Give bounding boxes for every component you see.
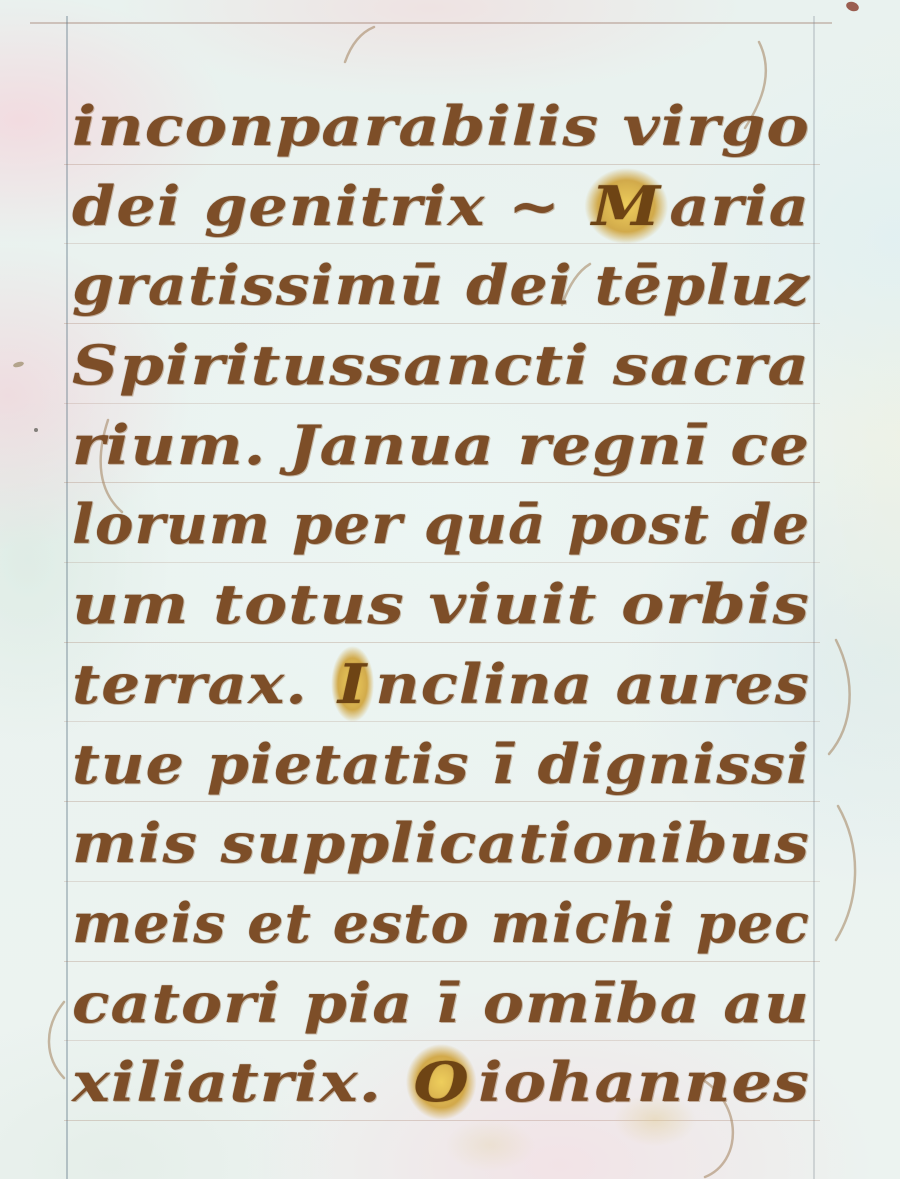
manuscript-line-text: rium. Janua regnī ce <box>72 407 810 483</box>
manuscript-line-text: Spiritussancti sacra <box>72 327 810 403</box>
ink-text: iohannes <box>478 1050 810 1114</box>
manuscript-line: inconparabilis virgo <box>72 88 842 168</box>
ink-text: rium. Janua regnī ce <box>72 413 810 477</box>
manuscript-line-text: xiliatrix. Oiohannes <box>72 1044 810 1120</box>
manuscript-line: meis et esto michi pec <box>72 885 842 965</box>
manuscript-line-text: tue pietatis ī dignissi <box>72 726 810 802</box>
manuscript-line: lorum per quā post de <box>72 486 842 566</box>
illuminated-initial: M <box>585 168 668 244</box>
illuminated-initial: I <box>331 646 374 722</box>
manuscript-line: rium. Janua regnī ce <box>72 407 842 487</box>
manuscript-line: dei genitrix ~ Maria <box>72 168 842 248</box>
manuscript-line-text: mis supplicationibus <box>72 805 810 881</box>
manuscript-line: terrax. Inclina aures <box>72 646 842 726</box>
manuscript-line: catori pia ī omība au <box>72 965 842 1045</box>
manuscript-line: tue pietatis ī dignissi <box>72 726 842 806</box>
ink-text: lorum per quā post de <box>72 492 810 556</box>
manuscript-line: gratissimū dei tēpluz <box>72 247 842 327</box>
ink-text: aria <box>669 174 810 238</box>
ink-text: Spiritussancti sacra <box>72 333 810 397</box>
manuscript-line: mis supplicationibus <box>72 805 842 885</box>
text-block: inconparabilis virgodei genitrix ~ Maria… <box>72 88 842 1124</box>
ink-text: inconparabilis virgo <box>72 94 810 158</box>
ink-text: catori pia ī omība au <box>72 971 810 1035</box>
manuscript-line-text: um totus viuit orbis <box>72 566 810 642</box>
ink-text: tue pietatis ī dignissi <box>72 732 810 796</box>
manuscript-line: xiliatrix. Oiohannes <box>72 1044 842 1124</box>
ink-text: meis et esto michi pec <box>72 891 810 955</box>
ink-text: um totus viuit orbis <box>72 572 810 636</box>
ink-text: mis supplicationibus <box>72 811 810 875</box>
manuscript-line: Spiritussancti sacra <box>72 327 842 407</box>
ink-text: nclina aures <box>375 652 810 716</box>
manuscript-line: um totus viuit orbis <box>72 566 842 646</box>
manuscript-line-text: dei genitrix ~ Maria <box>72 168 810 244</box>
manuscript-line-text: catori pia ī omība au <box>72 965 810 1041</box>
manuscript-line-text: gratissimū dei tēpluz <box>72 247 810 323</box>
manuscript-line-text: inconparabilis virgo <box>72 88 810 164</box>
ink-text: xiliatrix. <box>72 1050 405 1114</box>
manuscript-line-text: terrax. Inclina aures <box>72 646 810 722</box>
ink-speck <box>34 428 38 432</box>
ink-text: gratissimū dei tēpluz <box>72 253 810 317</box>
manuscript-page-photo: inconparabilis virgodei genitrix ~ Maria… <box>0 0 900 1179</box>
manuscript-line-text: lorum per quā post de <box>72 486 810 562</box>
ink-text: dei genitrix ~ <box>72 174 584 238</box>
ink-text: terrax. <box>72 652 330 716</box>
manuscript-line-text: meis et esto michi pec <box>72 885 810 961</box>
illuminated-initial: O <box>407 1044 478 1120</box>
